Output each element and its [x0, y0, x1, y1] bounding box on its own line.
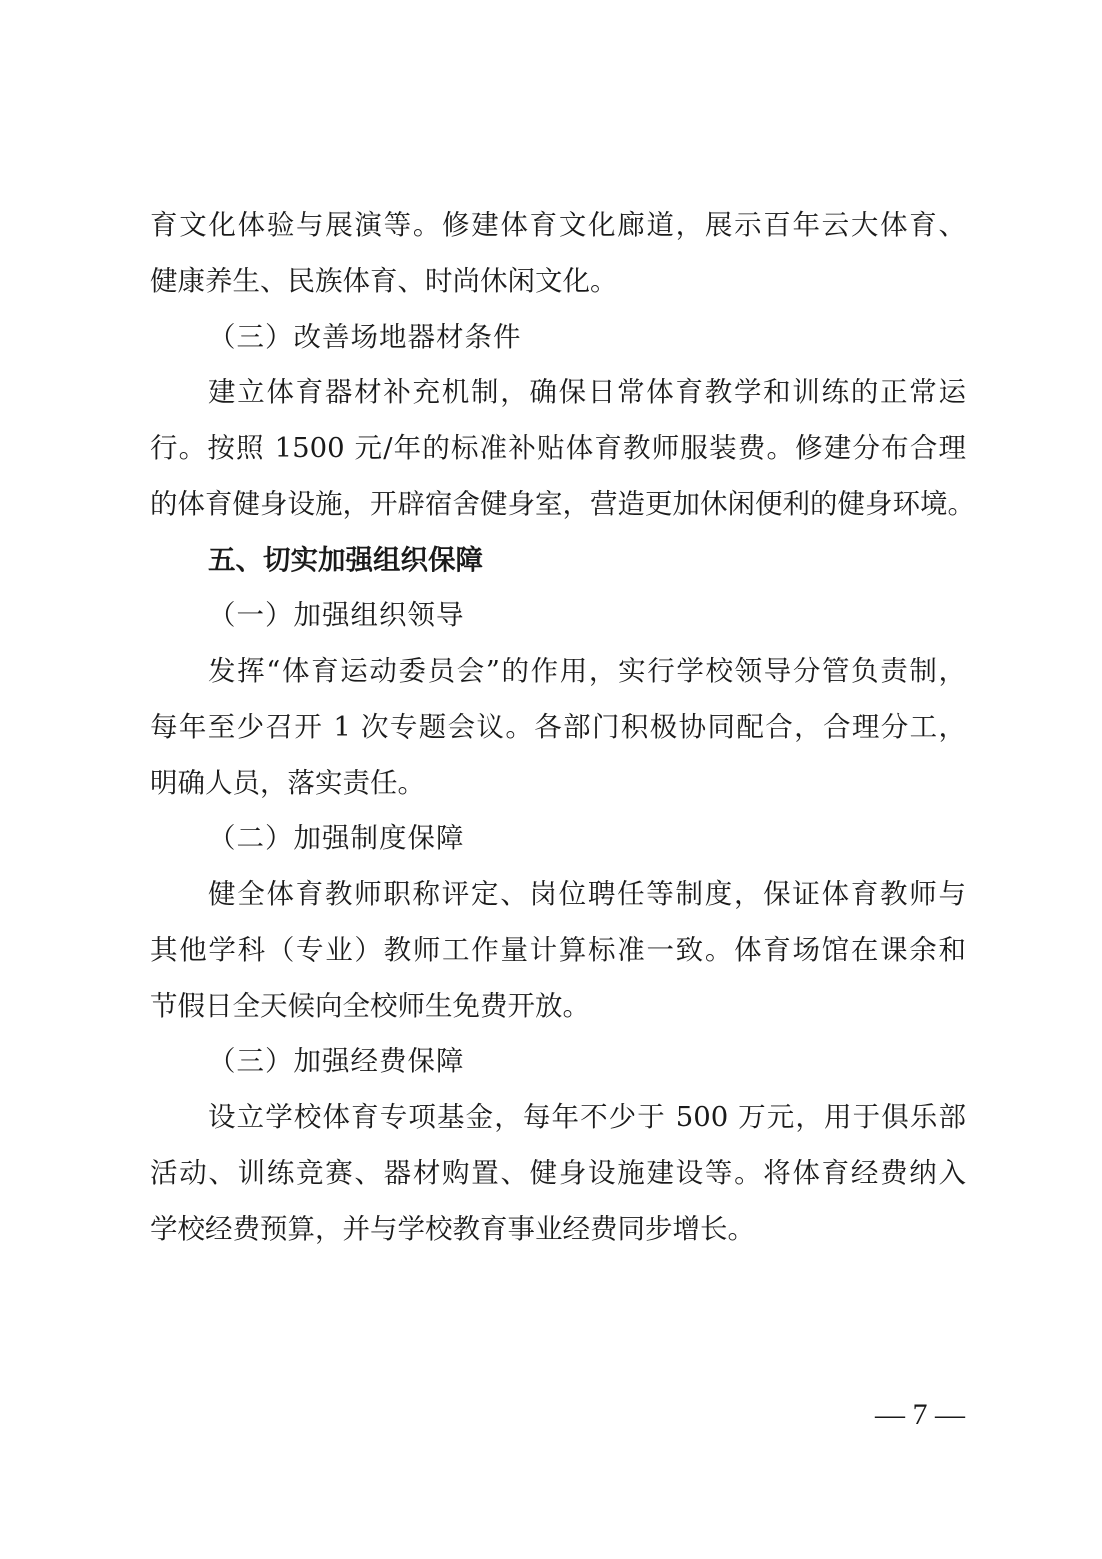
body-text-line: 设立学校体育专项基金，每年不少于 500 万元，用于俱乐部	[150, 1090, 966, 1146]
body-text-line: 其他学科（专业）教师工作量计算标准一致。体育场馆在课余和	[150, 923, 966, 979]
body-text-line: 健全体育教师职称评定、岗位聘任等制度，保证体育教师与	[150, 867, 966, 923]
section-heading-organizational-guarantee: 五、切实加强组织保障	[150, 533, 966, 589]
body-text-line: 健康养生、民族体育、时尚休闲文化。	[150, 254, 966, 310]
subheading-funding-guarantee: （三）加强经费保障	[150, 1034, 966, 1090]
body-text-line: 行。按照 1500 元/年的标准补贴体育教师服装费。修建分布合理	[150, 421, 966, 477]
body-text-line: 的体育健身设施，开辟宿舍健身室，营造更加休闲便利的健身环境。	[150, 477, 966, 533]
body-text-line: 活动、训练竞赛、器材购置、健身设施建设等。将体育经费纳入	[150, 1146, 966, 1202]
subheading-improve-facilities: （三）改善场地器材条件	[150, 310, 966, 366]
body-text-line: 节假日全天候向全校师生免费开放。	[150, 979, 966, 1035]
page-number: — 7 —	[872, 1398, 968, 1432]
body-text-line: 每年至少召开 1 次专题会议。各部门积极协同配合，合理分工，	[150, 700, 966, 756]
body-text-line: 育文化体验与展演等。修建体育文化廊道，展示百年云大体育、	[150, 198, 966, 254]
body-text-line: 明确人员，落实责任。	[150, 756, 966, 812]
body-text-line: 发挥“体育运动委员会”的作用，实行学校领导分管负责制，	[150, 644, 966, 700]
subheading-organizational-leadership: （一）加强组织领导	[150, 588, 966, 644]
body-text-line: 建立体育器材补充机制，确保日常体育教学和训练的正常运	[150, 365, 966, 421]
document-page: 育文化体验与展演等。修建体育文化廊道，展示百年云大体育、 健康养生、民族体育、时…	[150, 198, 966, 1257]
subheading-institutional-guarantee: （二）加强制度保障	[150, 811, 966, 867]
body-text-line: 学校经费预算，并与学校教育事业经费同步增长。	[150, 1202, 966, 1258]
